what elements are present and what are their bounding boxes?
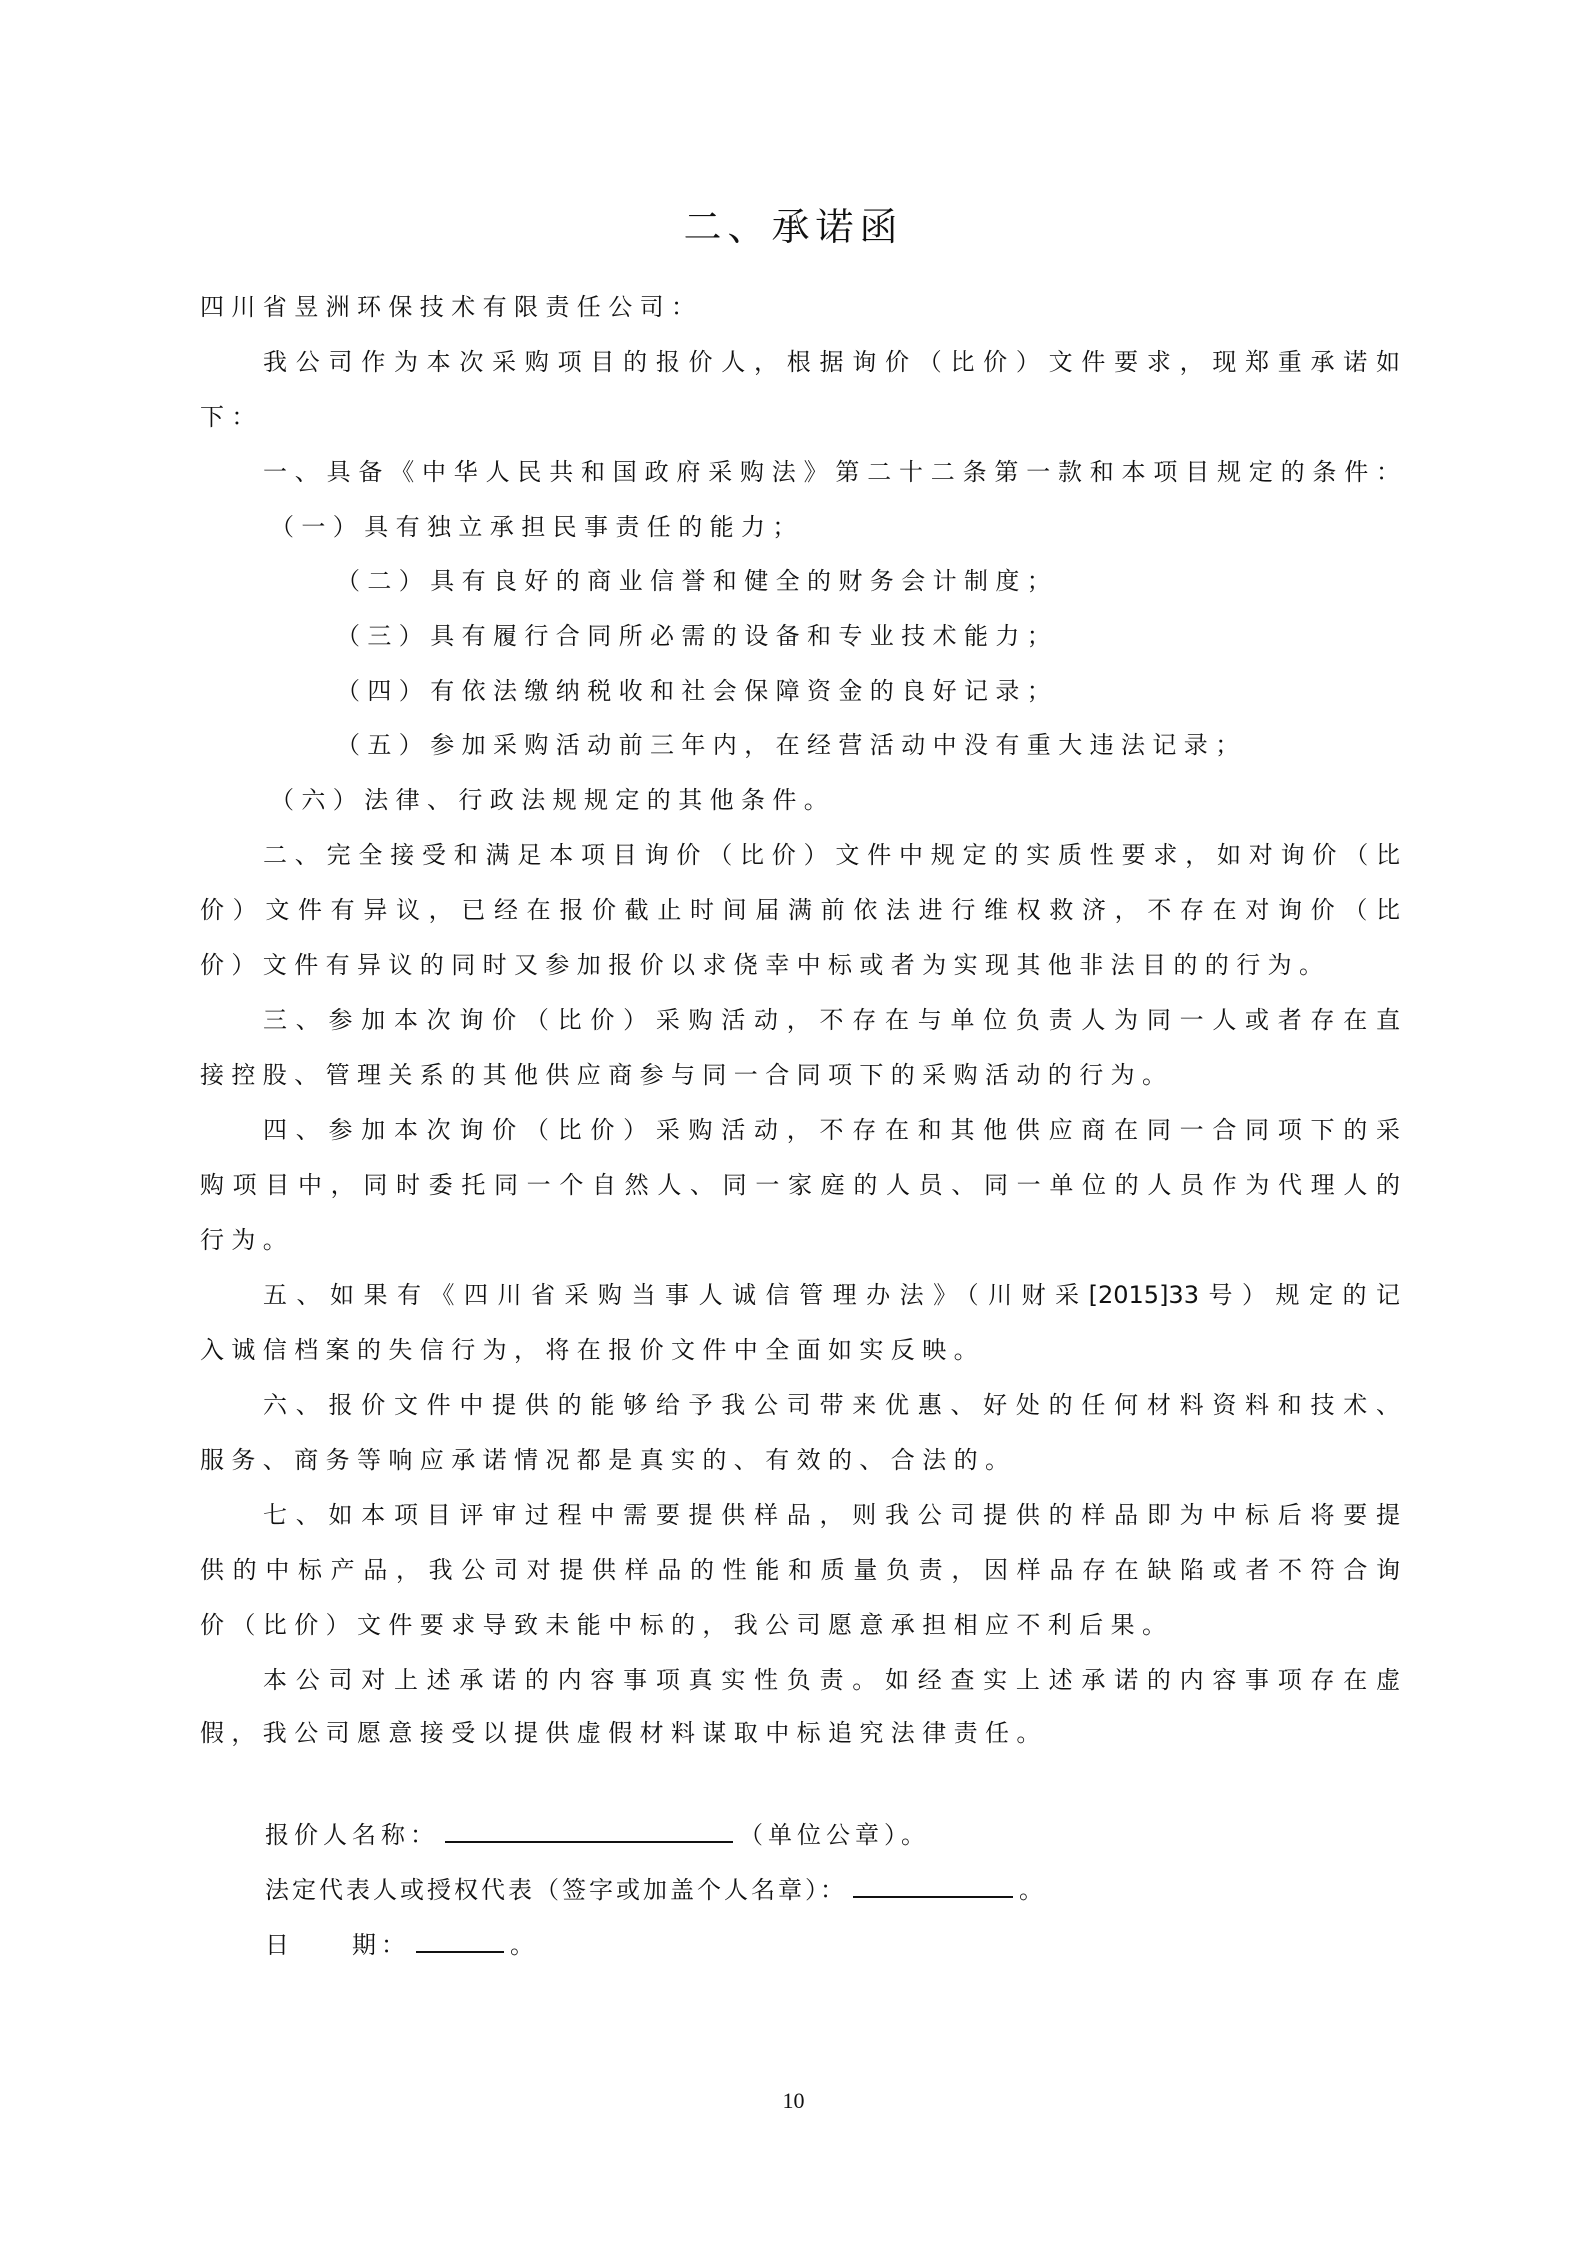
representative-row: 法定代表人或授权代表（签字或加盖个人名章）：。 (265, 1870, 1046, 1900)
representative-label: 法定代表人或授权代表（签字或加盖个人名章）： (265, 1876, 847, 1904)
commitment-6-line-2: 服务、商务等响应承诺情况都是真实的、有效的、合法的。 (200, 1445, 1016, 1475)
commitment-7-line-3: 价（比价）文件要求导致未能中标的，我公司愿意承担相应不利后果。 (200, 1610, 1173, 1640)
condition-6: （六）法律、行政法规规定的其他条件。 (270, 785, 835, 815)
document-title: 二、承诺函 (0, 196, 1587, 251)
commitment-4-line-1: 四、参加本次询价（比价）采购活动，不存在和其他供应商在同一合同项下的采 (263, 1115, 1400, 1145)
date-suffix: 。 (510, 1931, 539, 1959)
commitment-4-line-2: 购项目中，同时委托同一个自然人、同一家庭的人员、同一单位的人员作为代理人的 (200, 1170, 1400, 1200)
date-field[interactable] (416, 1925, 504, 1953)
date-row: 日 期：。 (265, 1925, 539, 1955)
commitment-7-line-1: 七、如本项目评审过程中需要提供样品，则我公司提供的样品即为中标后将要提 (263, 1500, 1400, 1530)
intro-line-1: 我公司作为本次采购项目的报价人，根据询价（比价）文件要求，现郑重承诺如 (263, 347, 1400, 377)
condition-3: （三）具有履行合同所必需的设备和专业技术能力； (336, 621, 1058, 651)
condition-2: （二）具有良好的商业信誉和健全的财务会计制度； (336, 566, 1058, 596)
closing-line-1: 本公司对上述承诺的内容事项真实性负责。如经查实上述承诺的内容事项存在虚 (263, 1665, 1400, 1695)
page-number: 10 (0, 2088, 1587, 2114)
commitment-3-line-2: 接控股、管理关系的其他供应商参与同一合同项下的采购活动的行为。 (200, 1060, 1173, 1090)
condition-1: （一）具有独立承担民事责任的能力； (270, 512, 804, 542)
commitment-5-line-2: 入诚信档案的失信行为，将在报价文件中全面如实反映。 (200, 1335, 985, 1365)
date-label: 日 期： (265, 1931, 410, 1959)
commitment-2-line-3: 价）文件有异议的同时又参加报价以求侥幸中标或者为实现其他非法目的的行为。 (200, 950, 1330, 980)
commitment-4-line-3: 行为。 (200, 1225, 294, 1255)
salutation: 四川省昱洲环保技术有限责任公司： (200, 292, 702, 322)
commitment-3-line-1: 三、参加本次询价（比价）采购活动，不存在与单位负责人为同一人或者存在直 (263, 1005, 1400, 1035)
intro-line-2: 下： (200, 402, 263, 432)
condition-5: （五）参加采购活动前三年内，在经营活动中没有重大违法记录； (336, 730, 1247, 760)
condition-4: （四）有依法缴纳税收和社会保障资金的良好记录； (336, 676, 1058, 706)
bidder-name-row: 报价人名称：（单位公章）。 (265, 1815, 930, 1845)
commitment-1-heading: 一、具备《中华人民共和国政府采购法》第二十二条第一款和本项目规定的条件： (263, 457, 1400, 487)
representative-suffix: 。 (1019, 1876, 1046, 1904)
bidder-name-label: 报价人名称： (265, 1821, 439, 1849)
commitment-7-line-2: 供的中标产品，我公司对提供样品的性能和质量负责，因样品存在缺陷或者不符合询 (200, 1555, 1400, 1585)
representative-signature-field[interactable] (853, 1870, 1013, 1898)
commitment-5-line-1: 五、如果有《四川省采购当事人诚信管理办法》（川财采[2015]33号）规定的记 (263, 1280, 1400, 1310)
bidder-seal-note: （单位公章）。 (739, 1821, 930, 1849)
bidder-name-field[interactable] (445, 1815, 733, 1843)
closing-line-2: 假，我公司愿意接受以提供虚假材料谋取中标追究法律责任。 (200, 1718, 1048, 1748)
commitment-2-line-1: 二、完全接受和满足本项目询价（比价）文件中规定的实质性要求，如对询价（比 (263, 840, 1400, 870)
commitment-6-line-1: 六、报价文件中提供的能够给予我公司带来优惠、好处的任何材料资料和技术、 (263, 1390, 1400, 1420)
commitment-2-line-2: 价）文件有异议，已经在报价截止时间届满前依法进行维权救济，不存在对询价（比 (200, 895, 1400, 925)
